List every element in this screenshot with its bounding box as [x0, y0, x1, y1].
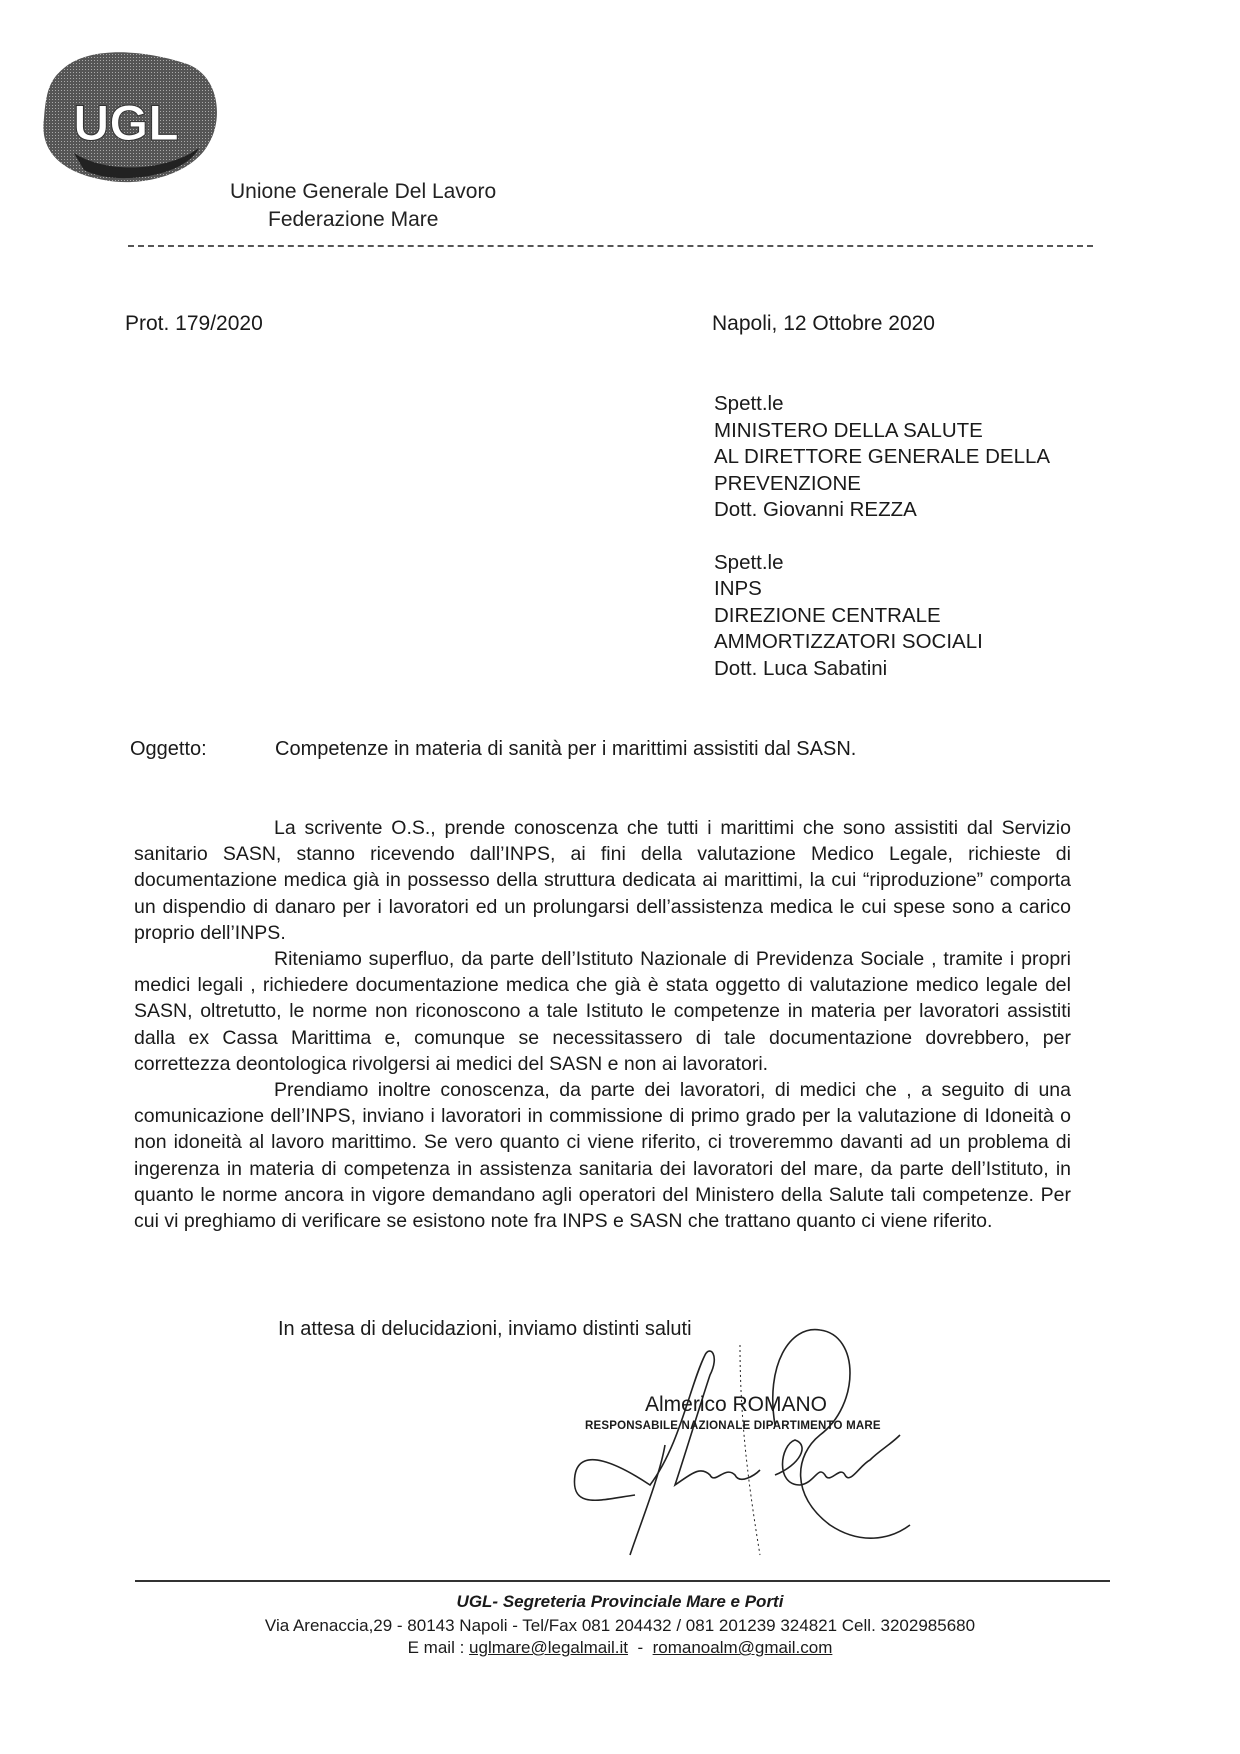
recipient-line: AL DIRETTORE GENERALE DELLA — [714, 444, 1050, 471]
recipient-line: Dott. Luca Sabatini — [714, 656, 1050, 683]
footer-emails: E mail : uglmare@legalmail.it - romanoal… — [0, 1638, 1240, 1658]
recipient-ministry: Spett.le MINISTERO DELLA SALUTE AL DIRET… — [714, 391, 1050, 524]
header-divider — [128, 245, 1093, 247]
org-line-2: Federazione Mare — [230, 206, 496, 234]
email-label: E mail : — [408, 1638, 465, 1657]
footer-address: Via Arenaccia,29 - 80143 Napoli - Tel/Fa… — [0, 1616, 1240, 1636]
body-paragraph: La scrivente O.S., prende conoscenza che… — [134, 815, 1071, 946]
protocol-number: Prot. 179/2020 — [125, 312, 263, 336]
svg-text:UGL: UGL — [73, 95, 179, 151]
ugl-logo-icon: UGL — [34, 48, 224, 188]
handwritten-signature — [560, 1325, 940, 1565]
email-link-romanoalm[interactable]: romanoalm@gmail.com — [653, 1638, 833, 1657]
recipients-block: Spett.le MINISTERO DELLA SALUTE AL DIRET… — [714, 391, 1050, 682]
subject-text: Competenze in materia di sanità per i ma… — [275, 738, 856, 761]
recipient-line: DIREZIONE CENTRALE — [714, 603, 1050, 630]
recipient-line: INPS — [714, 576, 1050, 603]
place-date: Napoli, 12 Ottobre 2020 — [712, 312, 935, 336]
recipient-line: Spett.le — [714, 550, 1050, 577]
footer-divider — [135, 1580, 1110, 1582]
recipient-line: PREVENZIONE — [714, 471, 1050, 498]
signature-scribble-icon — [560, 1325, 940, 1565]
subject-label: Oggetto: — [130, 738, 207, 761]
org-line-1: Unione Generale Del Lavoro — [230, 178, 496, 206]
recipient-inps: Spett.le INPS DIREZIONE CENTRALE AMMORTI… — [714, 550, 1050, 683]
recipient-line: MINISTERO DELLA SALUTE — [714, 418, 1050, 445]
letter-body: La scrivente O.S., prende conoscenza che… — [134, 815, 1071, 1234]
signatory-name: Almerico ROMANO — [645, 1393, 827, 1417]
recipient-line: Dott. Giovanni REZZA — [714, 497, 1050, 524]
ugl-logo: UGL — [34, 48, 224, 188]
body-paragraph: Riteniamo superfluo, da parte dell’Istit… — [134, 946, 1071, 1077]
footer-title: UGL- Segreteria Provinciale Mare e Porti — [0, 1592, 1240, 1612]
email-separator: - — [637, 1638, 643, 1657]
signatory-role: RESPONSABILE NAZIONALE DIPARTIMENTO MARE — [585, 1420, 881, 1432]
recipient-line: Spett.le — [714, 391, 1050, 418]
organization-name: Unione Generale Del Lavoro Federazione M… — [230, 178, 496, 234]
email-link-uglmare[interactable]: uglmare@legalmail.it — [469, 1638, 628, 1657]
recipient-line: AMMORTIZZATORI SOCIALI — [714, 629, 1050, 656]
body-paragraph: Prendiamo inoltre conoscenza, da parte d… — [134, 1077, 1071, 1234]
